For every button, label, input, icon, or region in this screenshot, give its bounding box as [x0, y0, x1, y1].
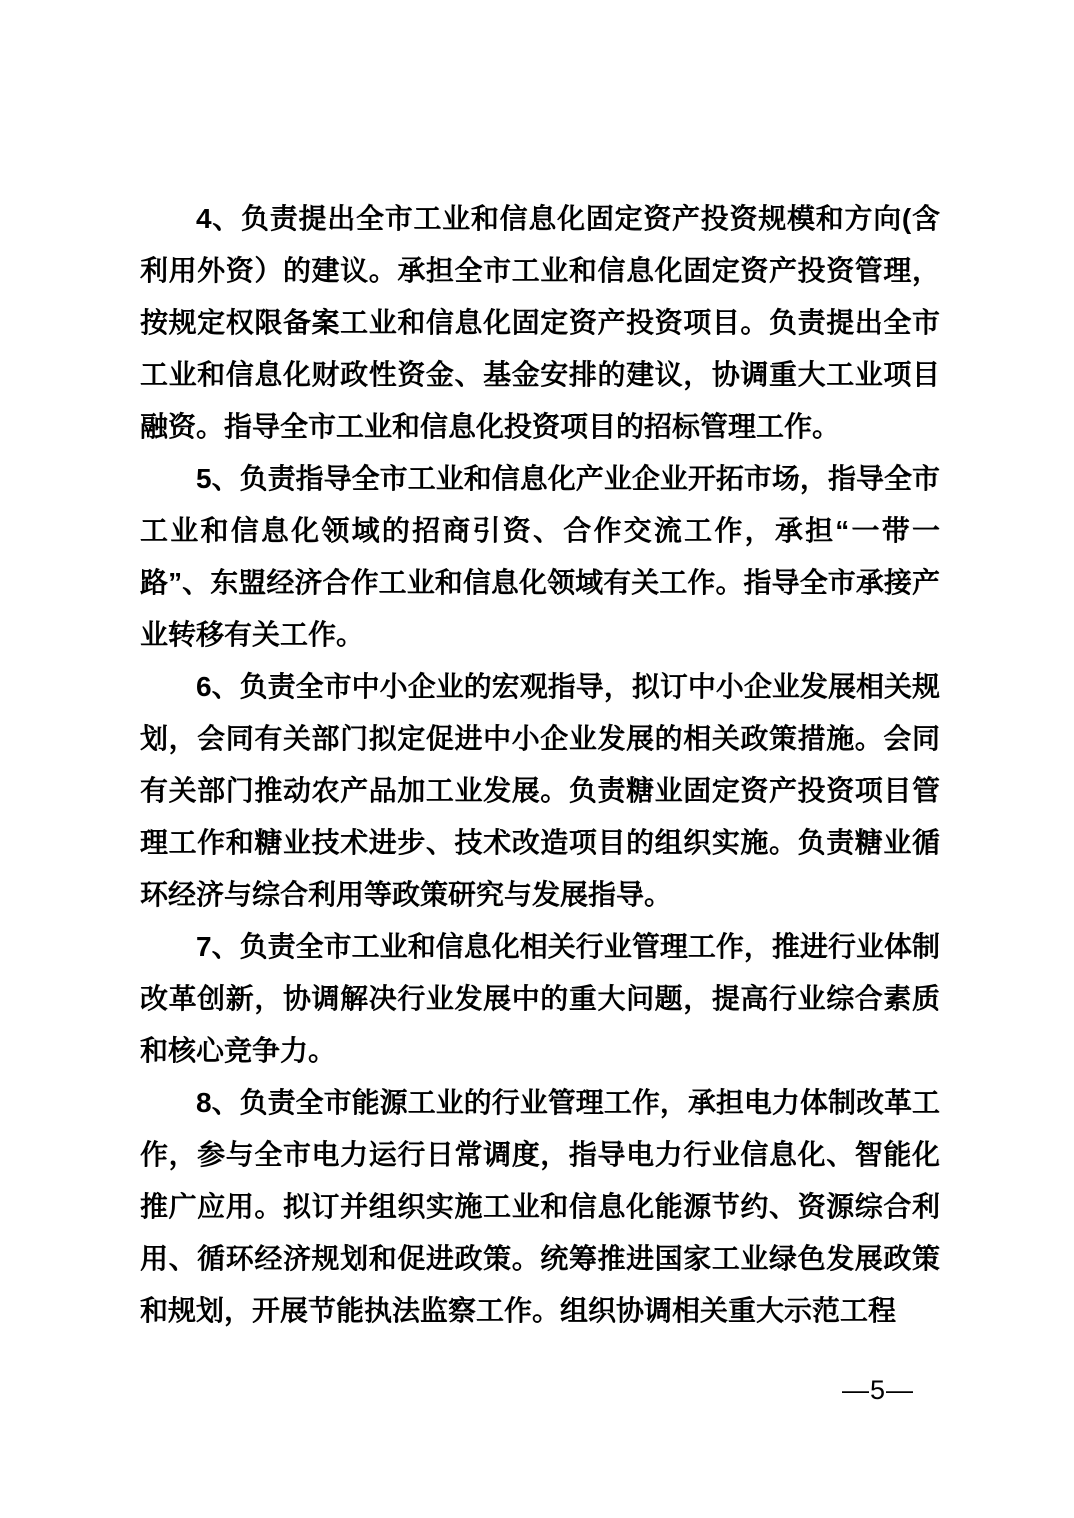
- paragraph-item-6: 6、负责全市中小企业的宏观指导，拟订中小企业发展相关规划，会同有关部门拟定促进中…: [140, 661, 940, 921]
- page-number: —5—: [842, 1372, 914, 1408]
- document-body: 4、负责提出全市工业和信息化固定资产投资规模和方向(含利用外资）的建议。承担全市…: [140, 193, 940, 1337]
- paragraph-item-8: 8、负责全市能源工业的行业管理工作，承担电力体制改革工作，参与全市电力运行日常调…: [140, 1077, 940, 1337]
- paragraph-item-5: 5、负责指导全市工业和信息化产业企业开拓市场，指导全市工业和信息化领域的招商引资…: [140, 453, 940, 661]
- paragraph-item-7: 7、负责全市工业和信息化相关行业管理工作，推进行业体制改革创新，协调解决行业发展…: [140, 921, 940, 1077]
- document-page: 4、负责提出全市工业和信息化固定资产投资规模和方向(含利用外资）的建议。承担全市…: [0, 0, 1074, 1518]
- paragraph-item-4: 4、负责提出全市工业和信息化固定资产投资规模和方向(含利用外资）的建议。承担全市…: [140, 193, 940, 453]
